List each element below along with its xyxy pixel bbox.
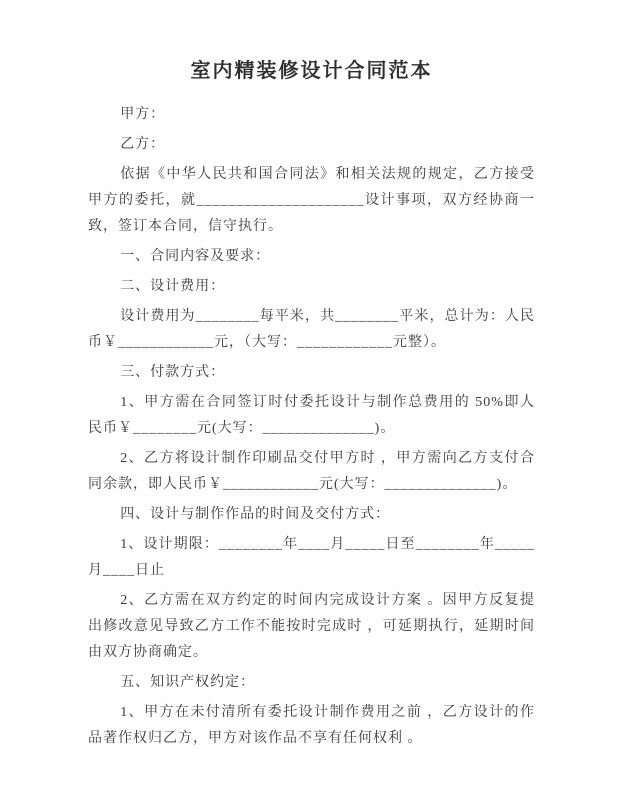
party-a-line: 甲方：	[88, 102, 535, 128]
section-5-heading: 五、知识产权约定：	[88, 670, 535, 696]
design-period-clause: 1、设计期限：________年____月_____日至________年___…	[88, 532, 535, 584]
section-3-heading: 三、付款方式：	[88, 360, 535, 386]
section-1-heading: 一、合同内容及要求：	[88, 244, 535, 270]
contract-document-page: 室内精装修设计合同范本 甲方： 乙方： 依据《中华人民共和国合同法》和相关法规的…	[0, 0, 619, 800]
design-completion-clause: 2、乙方需在双方约定的时间内完成设计方案 。因甲方反复提出修改意见导致乙方工作不…	[88, 588, 535, 666]
payment-clause-2: 2、乙方将设计制作印刷品交付甲方时 ，甲方需向乙方支付合同余款，即人民币￥___…	[88, 446, 535, 498]
copyright-clause: 1、甲方在未付清所有委托设计制作费用之前 ，乙方设计的作品著作权归乙方，甲方对该…	[88, 700, 535, 752]
section-4-heading: 四、设计与制作作品的时间及交付方式：	[88, 502, 535, 528]
design-fee-paragraph: 设计费用为________每平米，共________平米，总计为：人民币￥___…	[88, 304, 535, 356]
contract-body: 甲方： 乙方： 依据《中华人民共和国合同法》和相关法规的规定，乙方接受甲方的委托…	[88, 102, 535, 752]
section-2-heading: 二、设计费用：	[88, 274, 535, 300]
payment-clause-1: 1、甲方需在合同签订时付委托设计与制作总费用的 50%即人民币￥________…	[88, 390, 535, 442]
preamble-paragraph: 依据《中华人民共和国合同法》和相关法规的规定，乙方接受甲方的委托，就______…	[88, 162, 535, 240]
contract-title: 室内精装修设计合同范本	[88, 54, 535, 88]
party-b-line: 乙方：	[88, 132, 535, 158]
